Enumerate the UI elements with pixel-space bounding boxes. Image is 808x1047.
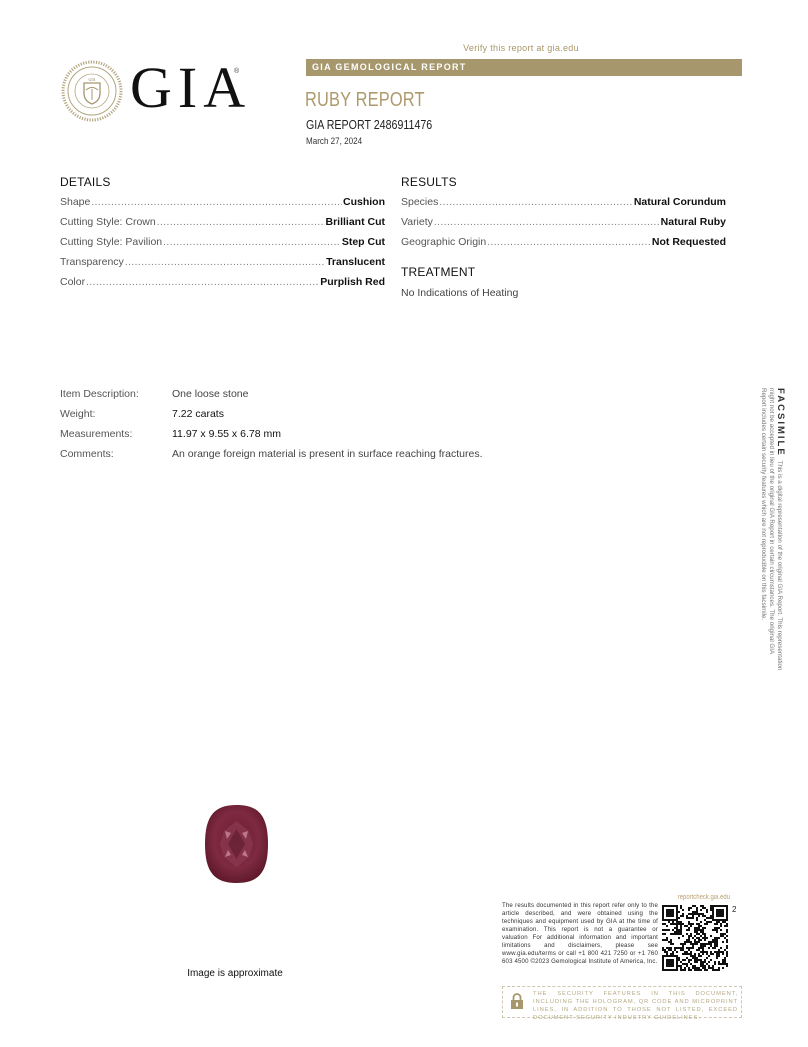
details-label: Color	[60, 276, 85, 288]
details-row: ShapeCushion	[60, 196, 385, 210]
svg-text:GIA: GIA	[88, 77, 95, 82]
image-caption: Image is approximate	[180, 968, 290, 979]
gia-wordmark: GIA	[130, 58, 251, 118]
item-info-value: One loose stone	[172, 388, 248, 400]
dot-leader	[86, 277, 319, 288]
security-notice-text: THE SECURITY FEATURES IN THIS DOCUMENT, …	[533, 990, 738, 1022]
report-date: March 27, 2024	[306, 136, 362, 147]
details-heading: DETAILS	[60, 175, 111, 189]
results-row: VarietyNatural Ruby	[401, 216, 726, 230]
details-label: Cutting Style: Pavilion	[60, 236, 162, 248]
dot-leader	[434, 217, 660, 228]
report-title: RUBY REPORT	[305, 89, 425, 112]
results-value: Not Requested	[652, 236, 726, 248]
item-info-value: 11.97 x 9.55 x 6.78 mm	[172, 428, 281, 440]
details-row: Transparency Translucent	[60, 256, 385, 270]
registered-mark: ®	[234, 68, 239, 75]
results-heading: RESULTS	[401, 175, 457, 189]
dot-leader	[163, 237, 341, 248]
reportcheck-link[interactable]: reportcheck.gia.edu	[671, 894, 731, 901]
disclaimer-text: The results documented in this report re…	[502, 902, 658, 966]
item-info-label: Weight:	[60, 408, 95, 420]
treatment-heading: TREATMENT	[401, 265, 475, 279]
item-info-value: An orange foreign material is present in…	[172, 448, 483, 460]
item-info-label: Comments:	[60, 448, 114, 460]
qr-code[interactable]	[662, 905, 728, 971]
facsimile-notice: FACSIMILEThis is a digital representatio…	[744, 388, 784, 673]
item-info-label: Item Description:	[60, 388, 139, 400]
results-label: Geographic Origin	[401, 236, 486, 248]
dot-leader	[487, 237, 651, 248]
banner-text: GIA GEMOLOGICAL REPORT	[312, 62, 467, 72]
results-row: SpeciesNatural Corundum	[401, 196, 726, 210]
results-label: Variety	[401, 216, 433, 228]
report-number: GIA REPORT 2486911476	[306, 117, 432, 132]
dot-leader	[91, 197, 342, 208]
item-info-value: 7.22 carats	[172, 408, 224, 420]
dot-leader	[125, 257, 325, 268]
item-info-label: Measurements:	[60, 428, 132, 440]
results-value: Natural Corundum	[634, 196, 726, 208]
facsimile-title: FACSIMILE	[775, 388, 786, 457]
details-value: Translucent	[326, 256, 385, 268]
treatment-value: No Indications of Heating	[401, 287, 518, 299]
dot-leader	[157, 217, 325, 228]
details-label: Transparency	[60, 256, 124, 268]
details-row: ColorPurplish Red	[60, 276, 385, 290]
details-value: Brilliant Cut	[326, 216, 386, 228]
results-label: Species	[401, 196, 438, 208]
qr-index: 2	[732, 905, 736, 914]
details-label: Shape	[60, 196, 90, 208]
report-banner: GIA GEMOLOGICAL REPORT	[306, 59, 742, 76]
results-row: Geographic Origin Not Requested	[401, 236, 726, 250]
details-row: Cutting Style: Pavilion Step Cut	[60, 236, 385, 250]
results-value: Natural Ruby	[661, 216, 726, 228]
dot-leader	[439, 197, 632, 208]
details-row: Cutting Style: Crown Brilliant Cut	[60, 216, 385, 230]
details-value: Cushion	[343, 196, 385, 208]
details-value: Step Cut	[342, 236, 385, 248]
lock-icon	[510, 993, 524, 1009]
gia-seal-logo: GIA	[61, 60, 123, 122]
gemstone-image	[203, 803, 270, 885]
details-label: Cutting Style: Crown	[60, 216, 156, 228]
details-value: Purplish Red	[320, 276, 385, 288]
verify-link[interactable]: Verify this report at gia.edu	[300, 43, 742, 53]
